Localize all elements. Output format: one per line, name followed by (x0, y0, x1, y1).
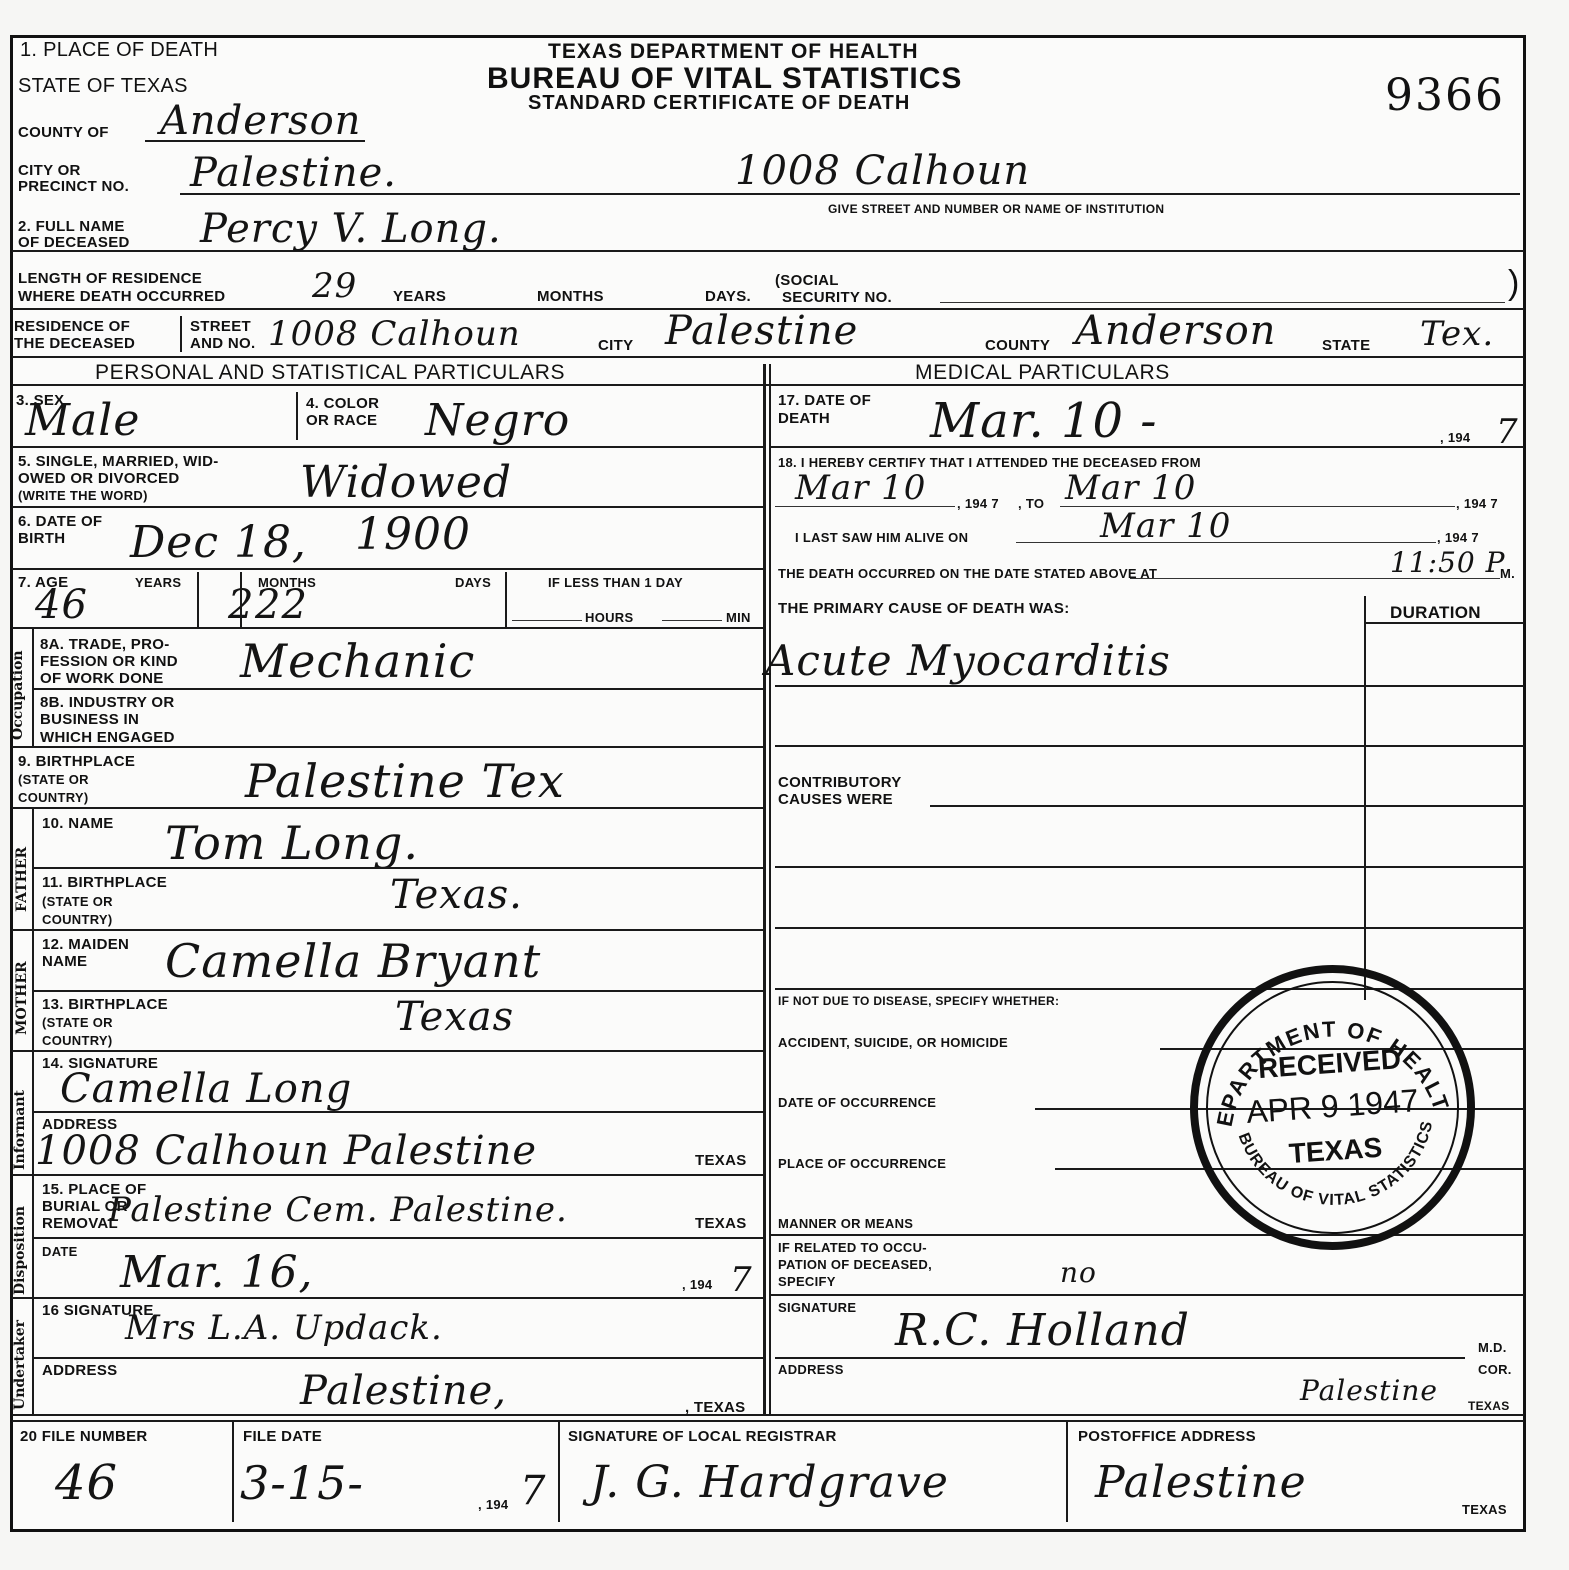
file-year-prefix: , 194 (478, 1497, 508, 1512)
state-label: STATE OF TEXAS (18, 76, 188, 96)
marital-value: Widowed (300, 462, 512, 504)
certificate-number: 9366 (1385, 70, 1505, 121)
burial-year-prefix: , 194 (682, 1277, 712, 1292)
burial-place-value: Palestine Cem. Palestine. (108, 1192, 568, 1228)
registrar-signature-value: J. G. Hardgrave (590, 1462, 949, 1504)
marital-label-3: (WRITE THE WORD) (18, 488, 148, 503)
less-than-day-label: IF LESS THAN 1 DAY (548, 575, 683, 590)
trade-value: Mechanic (240, 640, 475, 682)
sex-value: Male (25, 400, 140, 442)
bureau-title: BUREAU OF VITAL STATISTICS (487, 62, 962, 96)
marital-label-1: 5. SINGLE, MARRIED, WID- (18, 453, 219, 470)
county-label: COUNTY OF (18, 124, 109, 141)
file-date-label: FILE DATE (243, 1428, 322, 1445)
months-label: MONTHS (537, 288, 604, 305)
file-date-value: 3-15- (240, 1462, 364, 1504)
burial-state-label: TEXAS (695, 1215, 747, 1232)
attended-to-year: , 194 7 (1456, 496, 1498, 511)
disposition-side-label: Disposition (12, 1206, 28, 1295)
md-label: M.D. (1478, 1340, 1507, 1355)
registrar-label: SIGNATURE OF LOCAL REGISTRAR (568, 1428, 837, 1445)
attended-to-value: Mar 10 (1065, 470, 1196, 506)
father-name-label: 10. NAME (42, 815, 114, 832)
residence-street-value: 1008 Calhoun (268, 316, 521, 352)
birthplace-label-2: (STATE OR (18, 772, 89, 787)
dod-value: Mar. 10 - (930, 400, 1158, 442)
mother-birthplace-value: Texas (395, 996, 514, 1038)
burial-label-3: REMOVAL (42, 1215, 118, 1232)
industry-label-3: WHICH ENGAGED (40, 729, 175, 746)
informant-side-label: Informant (12, 1090, 28, 1170)
race-label-1: 4. COLOR (306, 395, 379, 412)
occupation-related-value: no (1060, 1258, 1097, 1288)
undertaker-address-value: Palestine, (300, 1370, 507, 1412)
residence-label-2: THE DECEASED (14, 335, 135, 352)
not-disease-label: IF NOT DUE TO DISEASE, SPECIFY WHETHER: (778, 995, 1059, 1008)
birthplace-value: Palestine Tex (245, 760, 565, 802)
death-time-label: THE DEATH OCCURRED ON THE DATE STATED AB… (778, 566, 1157, 581)
physician-address-label: ADDRESS (778, 1362, 844, 1377)
trade-label-3: OF WORK DONE (40, 670, 164, 687)
residence-state-label: STATE (1322, 337, 1370, 354)
certificate-type-title: STANDARD CERTIFICATE OF DEATH (528, 92, 910, 115)
informant-state-label: TEXAS (695, 1152, 747, 1169)
residence-city-value: Palestine (665, 310, 858, 352)
accident-label: ACCIDENT, SUICIDE, OR HOMICIDE (778, 1035, 1008, 1050)
place-of-death-label: 1. PLACE OF DEATH (20, 40, 218, 60)
duration-label: DURATION (1390, 604, 1481, 621)
years-label: YEARS (393, 288, 446, 305)
street-label-2: AND NO. (190, 335, 255, 352)
postoffice-value: Palestine (1095, 1462, 1307, 1504)
street-value: 1008 Calhoun (735, 150, 1030, 192)
mother-birthplace-label-1: 13. BIRTHPLACE (42, 996, 168, 1013)
residence-label-1: RESIDENCE OF (14, 318, 130, 335)
name-label-2: OF DECEASED (18, 234, 130, 251)
occupation-related-label-2: PATION OF DECEASED, (778, 1257, 932, 1272)
industry-label-2: BUSINESS IN (40, 711, 139, 728)
postoffice-state: TEXAS (1462, 1502, 1507, 1517)
min-label: MIN (726, 610, 751, 625)
residence-years-value: 29 (312, 268, 357, 304)
age-years-label: YEARS (135, 575, 181, 590)
dod-year-prefix: , 194 (1440, 430, 1470, 445)
residence-city-label: CITY (598, 337, 633, 354)
mother-birthplace-label-3: COUNTRY) (42, 1033, 113, 1048)
mother-side-label: MOTHER (14, 961, 30, 1035)
contributory-label-1: CONTRIBUTORY (778, 774, 902, 791)
dob-label-1: 6. DATE OF (18, 513, 102, 530)
residence-length-label-1: LENGTH OF RESIDENCE (18, 270, 202, 287)
county-value: Anderson (160, 100, 361, 142)
residence-state-value: Tex. (1420, 316, 1494, 352)
department-title: TEXAS DEPARTMENT OF HEALTH (548, 40, 919, 64)
last-saw-year: , 194 7 (1437, 530, 1479, 545)
ssn-label-2: SECURITY NO. (782, 289, 892, 306)
undertaker-side-label: Undertaker (12, 1320, 28, 1410)
occupation-related-label-1: IF RELATED TO OCCU- (778, 1240, 927, 1255)
father-birthplace-label-1: 11. BIRTHPLACE (42, 874, 167, 891)
age-years-value: 46 (35, 584, 88, 626)
occupation-side-label: Occupation (10, 650, 26, 740)
physician-address-state: TEXAS (1468, 1400, 1510, 1413)
file-number-value: 46 (55, 1462, 118, 1504)
death-time-suffix: M. (1500, 566, 1515, 581)
file-number-label: 20 FILE NUMBER (20, 1428, 148, 1445)
race-label-2: OR RACE (306, 412, 377, 429)
ssn-label-1: (SOCIAL (775, 272, 839, 289)
informant-address-value: 1008 Calhoun Palestine (35, 1130, 537, 1172)
dod-label-2: DEATH (778, 410, 830, 427)
contributory-label-2: CAUSES WERE (778, 791, 893, 808)
manner-label: MANNER OR MEANS (778, 1216, 913, 1231)
industry-label-1: 8B. INDUSTRY OR (40, 694, 175, 711)
dob-label-2: BIRTH (18, 530, 65, 547)
dod-year-suffix: 7 (1496, 414, 1519, 450)
burial-date-label: DATE (42, 1244, 78, 1259)
to-label: , TO (1018, 496, 1044, 511)
residence-county-value: Anderson (1075, 310, 1276, 352)
undertaker-signature-value: Mrs L.A. Updack. (125, 1310, 443, 1346)
race-value: Negro (425, 400, 570, 442)
street-hint: GIVE STREET AND NUMBER OR NAME OF INSTIT… (828, 203, 1164, 216)
age-days-label: DAYS (455, 575, 491, 590)
father-birthplace-label-3: COUNTRY) (42, 912, 113, 927)
physician-signature-value: R.C. Holland (895, 1310, 1190, 1352)
undertaker-address-label: ADDRESS (42, 1362, 117, 1379)
full-name-value: Percy V. Long. (200, 208, 502, 250)
father-side-label: FATHER (14, 847, 30, 912)
cor-label: COR. (1478, 1362, 1512, 1377)
occurrence-place-label: PLACE OF OCCURRENCE (778, 1156, 946, 1171)
death-time-value: 11:50 P (1390, 548, 1505, 578)
father-name-value: Tom Long. (165, 822, 419, 864)
birthplace-label-1: 9. BIRTHPLACE (18, 753, 135, 770)
marital-label-2: OWED OR DIVORCED (18, 470, 179, 487)
trade-label-1: 8A. TRADE, PRO- (40, 636, 170, 653)
last-saw-label: I LAST SAW HIM ALIVE ON (795, 530, 968, 545)
mother-birthplace-label-2: (STATE OR (42, 1015, 113, 1030)
medical-section-title: MEDICAL PARTICULARS (915, 363, 1170, 383)
primary-cause-value: Acute Myocarditis (765, 640, 1171, 682)
dob-month-day-value: Dec 18, (130, 522, 307, 564)
city-label-2: PRECINCT NO. (18, 178, 129, 195)
name-label-1: 2. FULL NAME (18, 218, 125, 235)
last-saw-value: Mar 10 (1100, 508, 1231, 544)
dob-year-value: 1900 (355, 514, 471, 556)
personal-section-title: PERSONAL AND STATISTICAL PARTICULARS (95, 363, 565, 383)
file-year-suffix: 7 (520, 1470, 546, 1512)
received-stamp: DEPARTMENT OF HEALTH BUREAU OF VITAL STA… (1180, 955, 1484, 1259)
physician-address-value: Palestine (1300, 1376, 1438, 1406)
hours-label: HOURS (585, 610, 633, 625)
informant-signature-value: Camella Long (60, 1068, 352, 1110)
birthplace-label-3: COUNTRY) (18, 790, 89, 805)
mother-name-value: Camella Bryant (165, 940, 541, 982)
dod-label-1: 17. DATE OF (778, 392, 871, 409)
days-label: DAYS. (705, 288, 751, 305)
burial-year-suffix: 7 (730, 1262, 753, 1298)
mother-name-label-2: NAME (42, 953, 87, 970)
occupation-related-label-3: SPECIFY (778, 1274, 836, 1289)
trade-label-2: FESSION OR KIND (40, 653, 178, 670)
city-value: Palestine. (190, 152, 397, 194)
physician-signature-label: SIGNATURE (778, 1300, 856, 1315)
residence-length-label-2: WHERE DEATH OCCURRED (18, 288, 225, 305)
burial-date-value: Mar. 16, (120, 1252, 313, 1294)
street-label-1: STREET (190, 318, 251, 335)
residence-county-label: COUNTY (985, 337, 1050, 354)
occurrence-date-label: DATE OF OCCURRENCE (778, 1095, 936, 1110)
mother-name-label-1: 12. MAIDEN (42, 936, 129, 953)
attended-from-value: Mar 10 (795, 470, 926, 506)
city-label-1: CITY OR (18, 162, 81, 179)
postoffice-label: POSTOFFICE ADDRESS (1078, 1428, 1256, 1445)
age-days-value: 22 (255, 584, 308, 626)
attended-from-year: , 194 7 (957, 496, 999, 511)
primary-cause-label: THE PRIMARY CAUSE OF DEATH WAS: (778, 600, 1070, 617)
father-birthplace-value: Texas. (390, 874, 523, 916)
father-birthplace-label-2: (STATE OR (42, 894, 113, 909)
